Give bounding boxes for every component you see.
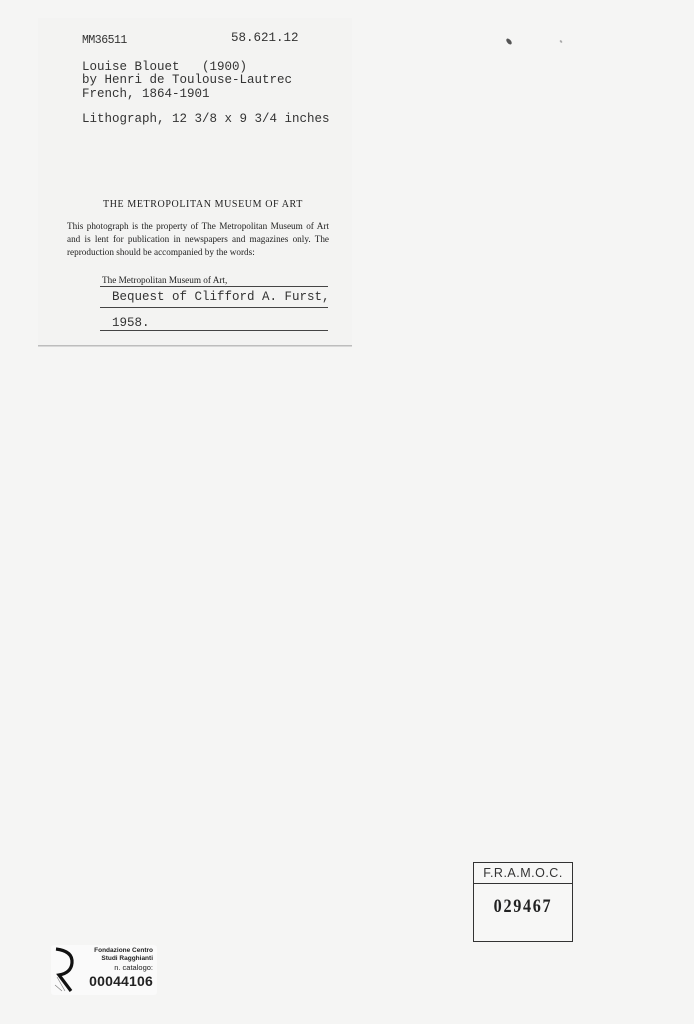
archive-stamp-number: 029467 [481, 896, 564, 918]
ink-speck [559, 40, 562, 44]
sticker-line-1: Fondazione Centro [89, 947, 153, 955]
catalog-number: 58.621.12 [231, 31, 299, 45]
notice-text: This photograph is the property of The M… [67, 220, 329, 259]
medium-line: Lithograph, 12 3/8 x 9 3/4 inches [82, 112, 330, 126]
artist-line: by Henri de Toulouse-Lautrec [82, 73, 292, 87]
archive-stamp: F.R.A.M.O.C. 029467 [473, 862, 573, 942]
credit-underline [100, 307, 328, 308]
archive-stamp-header: F.R.A.M.O.C. [474, 863, 572, 884]
credit-line-1: Bequest of Clifford A. Furst, [112, 290, 330, 304]
credit-line-2: 1958. [112, 316, 150, 330]
sticker-line-2: Studi Ragghianti [89, 955, 153, 963]
ragghianti-logo-icon [53, 947, 75, 993]
sticker-catalog-number: 00044106 [89, 973, 153, 989]
artwork-title: Louise Blouet (1900) [82, 60, 247, 74]
credit-underline [100, 286, 328, 287]
sticker-line-3: n. catalogo: [89, 963, 153, 973]
museum-label-card: MM36511 58.621.12 Louise Blouet (1900) b… [38, 18, 352, 346]
museum-heading: THE METROPOLITAN MUSEUM OF ART [103, 199, 303, 210]
accession-code: MM36511 [82, 34, 127, 47]
nationality-line: French, 1864-1901 [82, 87, 210, 101]
credit-underline [100, 330, 328, 331]
credit-prefix: The Metropolitan Museum of Art, [102, 275, 227, 285]
foundation-sticker: Fondazione Centro Studi Ragghianti n. ca… [51, 945, 157, 995]
ink-speck [505, 38, 513, 46]
